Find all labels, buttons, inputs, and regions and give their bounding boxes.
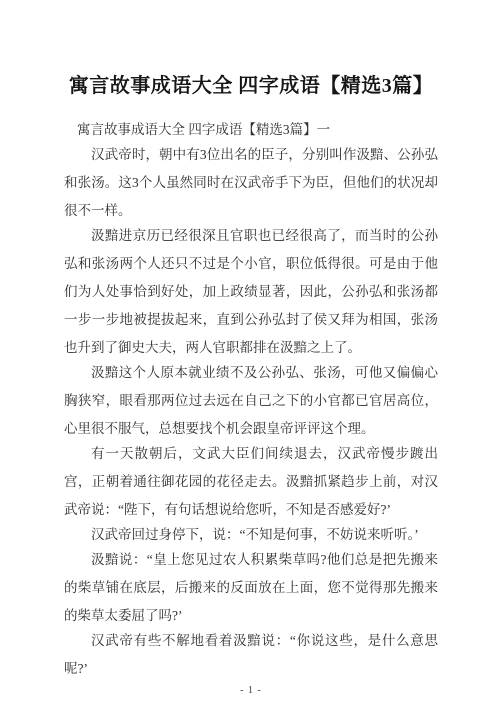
paragraph: 汲黯说：“皇上您见过农人积累柴草吗?他们总是把先搬来的柴草铺在底层，后搬来的反面…: [64, 546, 438, 630]
paragraph: 有一天散朝后，文武大臣们间续退去，汉武帝慢步踱出宫，正朝着通往御花园的花径走去。…: [64, 440, 438, 524]
document-page: 寓言故事成语大全 四字成语【精选3篇】 寓言故事成语大全 四字成语【精选3篇】一…: [0, 0, 500, 707]
paragraph: 汉武帝回过身停下，说：“不知是何事，不妨说来听听。’: [64, 521, 438, 549]
document-subtitle: 寓言故事成语大全 四字成语【精选3篇】一: [64, 116, 438, 144]
paragraph: 汉武帝有些不解地看着汲黯说：“你说这些，是什么意思呢?’: [64, 627, 438, 683]
paragraph: 汉武帝时，朝中有3位出名的臣子，分别叫作汲黯、公孙弘和张汤。这3个人虽然同时在汉…: [64, 141, 438, 225]
paragraph: 汲黯这个人原本就业绩不及公孙弘、张汤，可他又偏偏心胸狭窄，眼看那两位过去远在自己…: [64, 359, 438, 443]
document-title: 寓言故事成语大全 四字成语【精选3篇】: [64, 70, 438, 102]
paragraph: 汲黯进京历已经很深且官职也已经很高了，而当时的公孙弘和张汤两个人还只不过是个小官…: [64, 222, 438, 362]
page-number: - 1 -: [64, 683, 438, 699]
